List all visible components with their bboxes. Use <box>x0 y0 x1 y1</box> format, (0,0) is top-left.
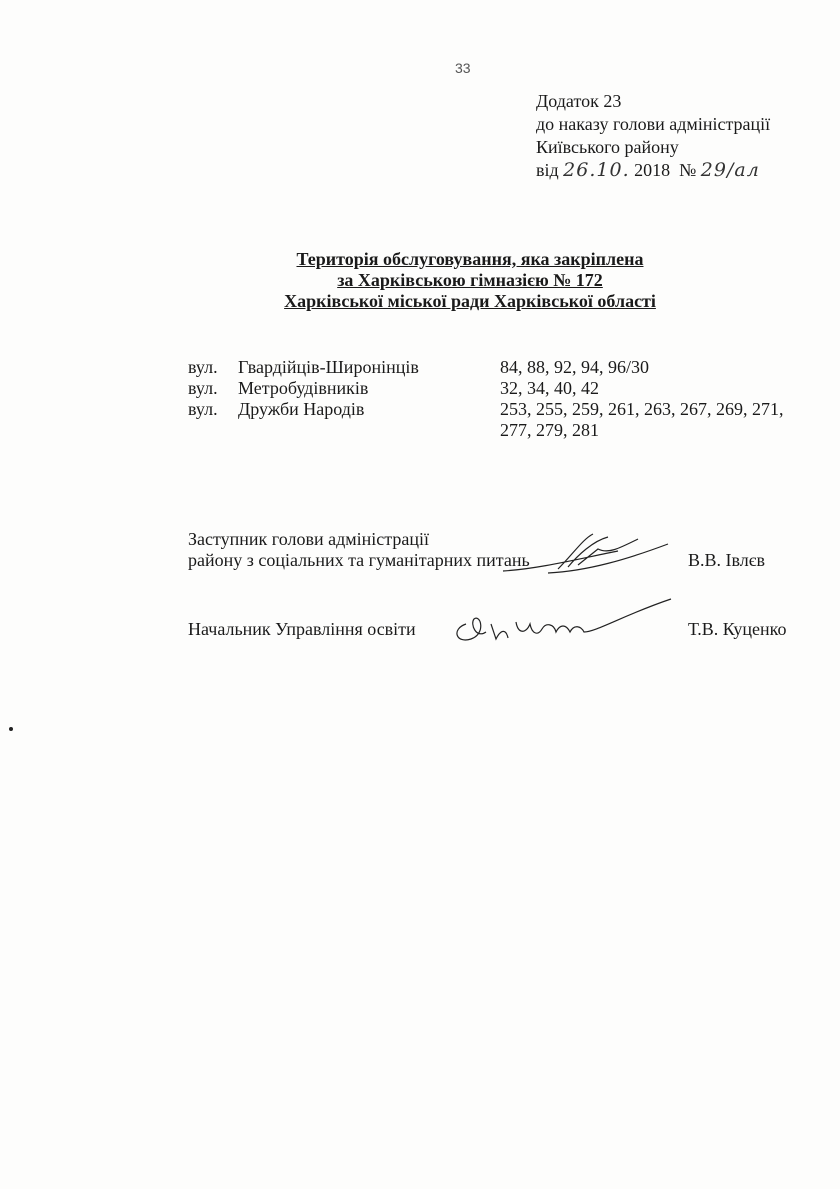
signatory-position: Заступник голови адміністрації <box>188 529 530 550</box>
street-prefix: вул. <box>188 399 238 420</box>
street-name: Метробудівників <box>238 378 500 399</box>
street-list: вул. Гвардійців-Широнінців 84, 88, 92, 9… <box>188 357 830 441</box>
street-prefix: вул. <box>188 378 238 399</box>
handwritten-signature-icon <box>498 529 688 579</box>
house-numbers: 253, 255, 259, 261, 263, 267, 269, 271, <box>500 399 830 420</box>
signatory-name: Т.В. Куценко <box>688 619 786 640</box>
house-numbers: 277, 279, 281 <box>500 420 830 441</box>
date-year: 2018 <box>634 160 670 180</box>
handwritten-signature-icon <box>446 594 676 649</box>
street-row: вул. Дружби Народів 253, 255, 259, 261, … <box>188 399 830 420</box>
street-row: вул. Метробудівників 32, 34, 40, 42 <box>188 378 830 399</box>
title-line-3: Харківської міської ради Харківської обл… <box>0 291 840 312</box>
page-number: 33 <box>455 60 471 76</box>
order-date-line: від 26.10. 2018 № 29/ал <box>536 159 770 182</box>
scan-speck <box>9 727 13 731</box>
street-row: вул. Гвардійців-Широнінців 84, 88, 92, 9… <box>188 357 830 378</box>
date-prefix: від <box>536 160 559 180</box>
signatory-position-cont: району з соціальних та гуманітарних пита… <box>188 550 530 571</box>
signatory-name: В.В. Івлєв <box>688 550 765 571</box>
order-reference: до наказу голови адміністрації <box>536 113 770 136</box>
house-numbers: 84, 88, 92, 94, 96/30 <box>500 357 830 378</box>
title-line-2: за Харківською гімназією № 172 <box>0 270 840 291</box>
signatory-position: Начальник Управління освіти <box>188 619 416 640</box>
street-name: Дружби Народів <box>238 399 500 420</box>
house-numbers: 32, 34, 40, 42 <box>500 378 830 399</box>
street-name: Гвардійців-Широнінців <box>238 357 500 378</box>
handwritten-order-number: 29/ал <box>701 159 760 181</box>
appendix-number: Додаток 23 <box>536 90 770 113</box>
street-prefix: вул. <box>188 357 238 378</box>
appendix-header: Додаток 23 до наказу голови адміністраці… <box>536 90 770 182</box>
district-name: Київського району <box>536 136 770 159</box>
street-row-continuation: 277, 279, 281 <box>188 420 830 441</box>
title-line-1: Територія обслуговування, яка закріплена <box>0 249 840 270</box>
signature-block-deputy: Заступник голови адміністрації району з … <box>188 529 530 571</box>
handwritten-date: 26.10. <box>563 159 629 181</box>
signature-block-head: Начальник Управління освіти Т.В. Куценко <box>188 619 416 640</box>
document-title: Територія обслуговування, яка закріплена… <box>0 249 840 312</box>
number-sign: № <box>679 160 696 180</box>
